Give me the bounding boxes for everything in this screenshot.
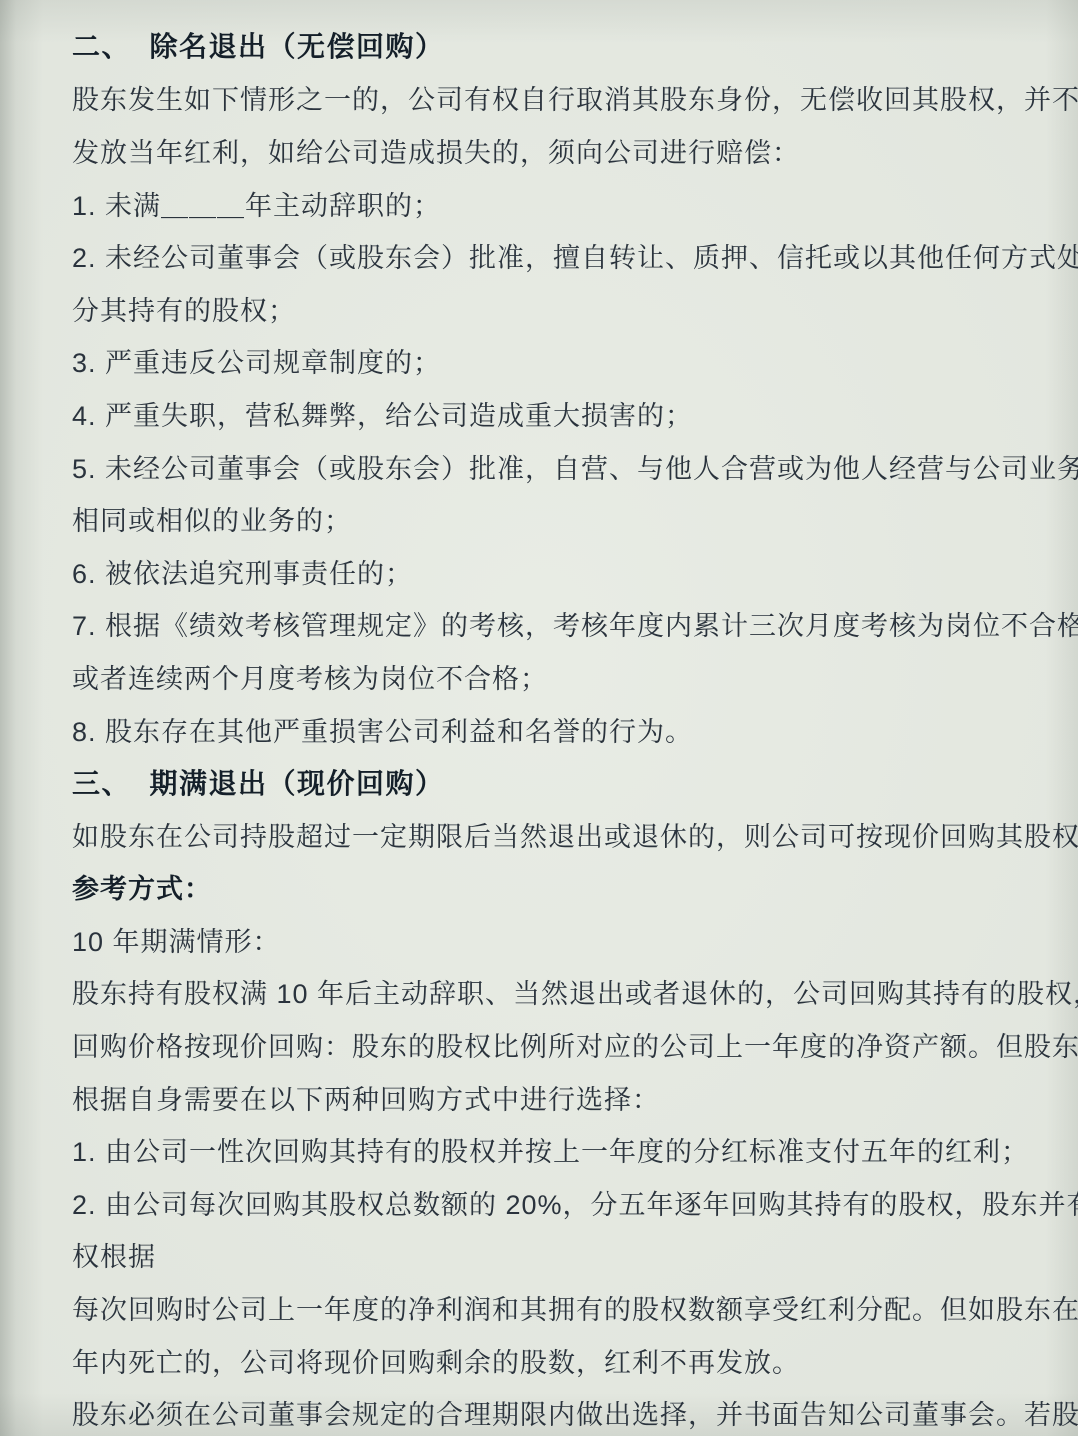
list-item-2-continued: 分其持有的股权； bbox=[72, 282, 1018, 335]
paragraph-line: 根据自身需要在以下两种回购方式中进行选择： bbox=[72, 1071, 1018, 1124]
section-ii-heading: 二、 除名退出（无偿回购） bbox=[72, 19, 1018, 72]
list-item-1: 1. 未满＿＿＿年主动辞职的； bbox=[72, 177, 1018, 230]
list-item-6: 6. 被依法追究刑事责任的； bbox=[72, 545, 1018, 598]
paragraph-line: 如股东在公司持股超过一定期限后当然退出或退休的，则公司可按现价回购其股权。 bbox=[72, 808, 1018, 861]
list-item-7-continued: 或者连续两个月度考核为岗位不合格； bbox=[72, 650, 1018, 703]
paragraph-line: 发放当年红利，如给公司造成损失的，须向公司进行赔偿： bbox=[72, 124, 1018, 177]
document-page: 二、 除名退出（无偿回购） 股东发生如下情形之一的，公司有权自行取消其股东身份，… bbox=[0, 0, 1078, 1436]
paragraph-line: 每次回购时公司上一年度的净利润和其拥有的股权数额享受红利分配。但如股东在五 bbox=[72, 1281, 1018, 1334]
list-item-4: 4. 严重失职，营私舞弊，给公司造成重大损害的； bbox=[72, 387, 1018, 440]
list-item-2: 2. 未经公司董事会（或股东会）批准，擅自转让、质押、信托或以其他任何方式处 bbox=[72, 229, 1018, 282]
list-item-8: 8. 股东存在其他严重损害公司利益和名誉的行为。 bbox=[72, 703, 1018, 756]
paragraph-line: 回购价格按现价回购：股东的股权比例所对应的公司上一年度的净资产额。但股东可 bbox=[72, 1018, 1018, 1071]
list-item-3: 3. 严重违反公司规章制度的； bbox=[72, 335, 1018, 388]
list-item-7: 7. 根据《绩效考核管理规定》的考核，考核年度内累计三次月度考核为岗位不合格 bbox=[72, 598, 1018, 651]
document-body: 二、 除名退出（无偿回购） 股东发生如下情形之一的，公司有权自行取消其股东身份，… bbox=[72, 19, 1018, 1436]
ten-year-case-label: 10 年期满情形： bbox=[72, 913, 1018, 966]
buyback-option-2-continued: 权根据 bbox=[72, 1229, 1018, 1282]
paragraph-line: 股东必须在公司董事会规定的合理期限内做出选择，并书面告知公司董事会。若股东 bbox=[72, 1386, 1018, 1436]
section-iii-heading: 三、 期满退出（现价回购） bbox=[72, 755, 1018, 808]
list-item-5: 5. 未经公司董事会（或股东会）批准，自营、与他人合营或为他人经营与公司业务 bbox=[72, 440, 1018, 493]
reference-method-label: 参考方式： bbox=[72, 861, 1018, 914]
paragraph-line: 股东持有股权满 10 年后主动辞职、当然退出或者退休的，公司回购其持有的股权， bbox=[72, 966, 1018, 1019]
paragraph-line: 股东发生如下情形之一的，公司有权自行取消其股东身份，无偿收回其股权，并不再 bbox=[72, 72, 1018, 125]
buyback-option-1: 1. 由公司一性次回购其持有的股权并按上一年度的分红标准支付五年的红利； bbox=[72, 1123, 1018, 1176]
buyback-option-2: 2. 由公司每次回购其股权总数额的 20%，分五年逐年回购其持有的股权，股东并有 bbox=[72, 1176, 1018, 1229]
list-item-5-continued: 相同或相似的业务的； bbox=[72, 492, 1018, 545]
paragraph-line: 年内死亡的，公司将现价回购剩余的股数，红利不再发放。 bbox=[72, 1334, 1018, 1387]
